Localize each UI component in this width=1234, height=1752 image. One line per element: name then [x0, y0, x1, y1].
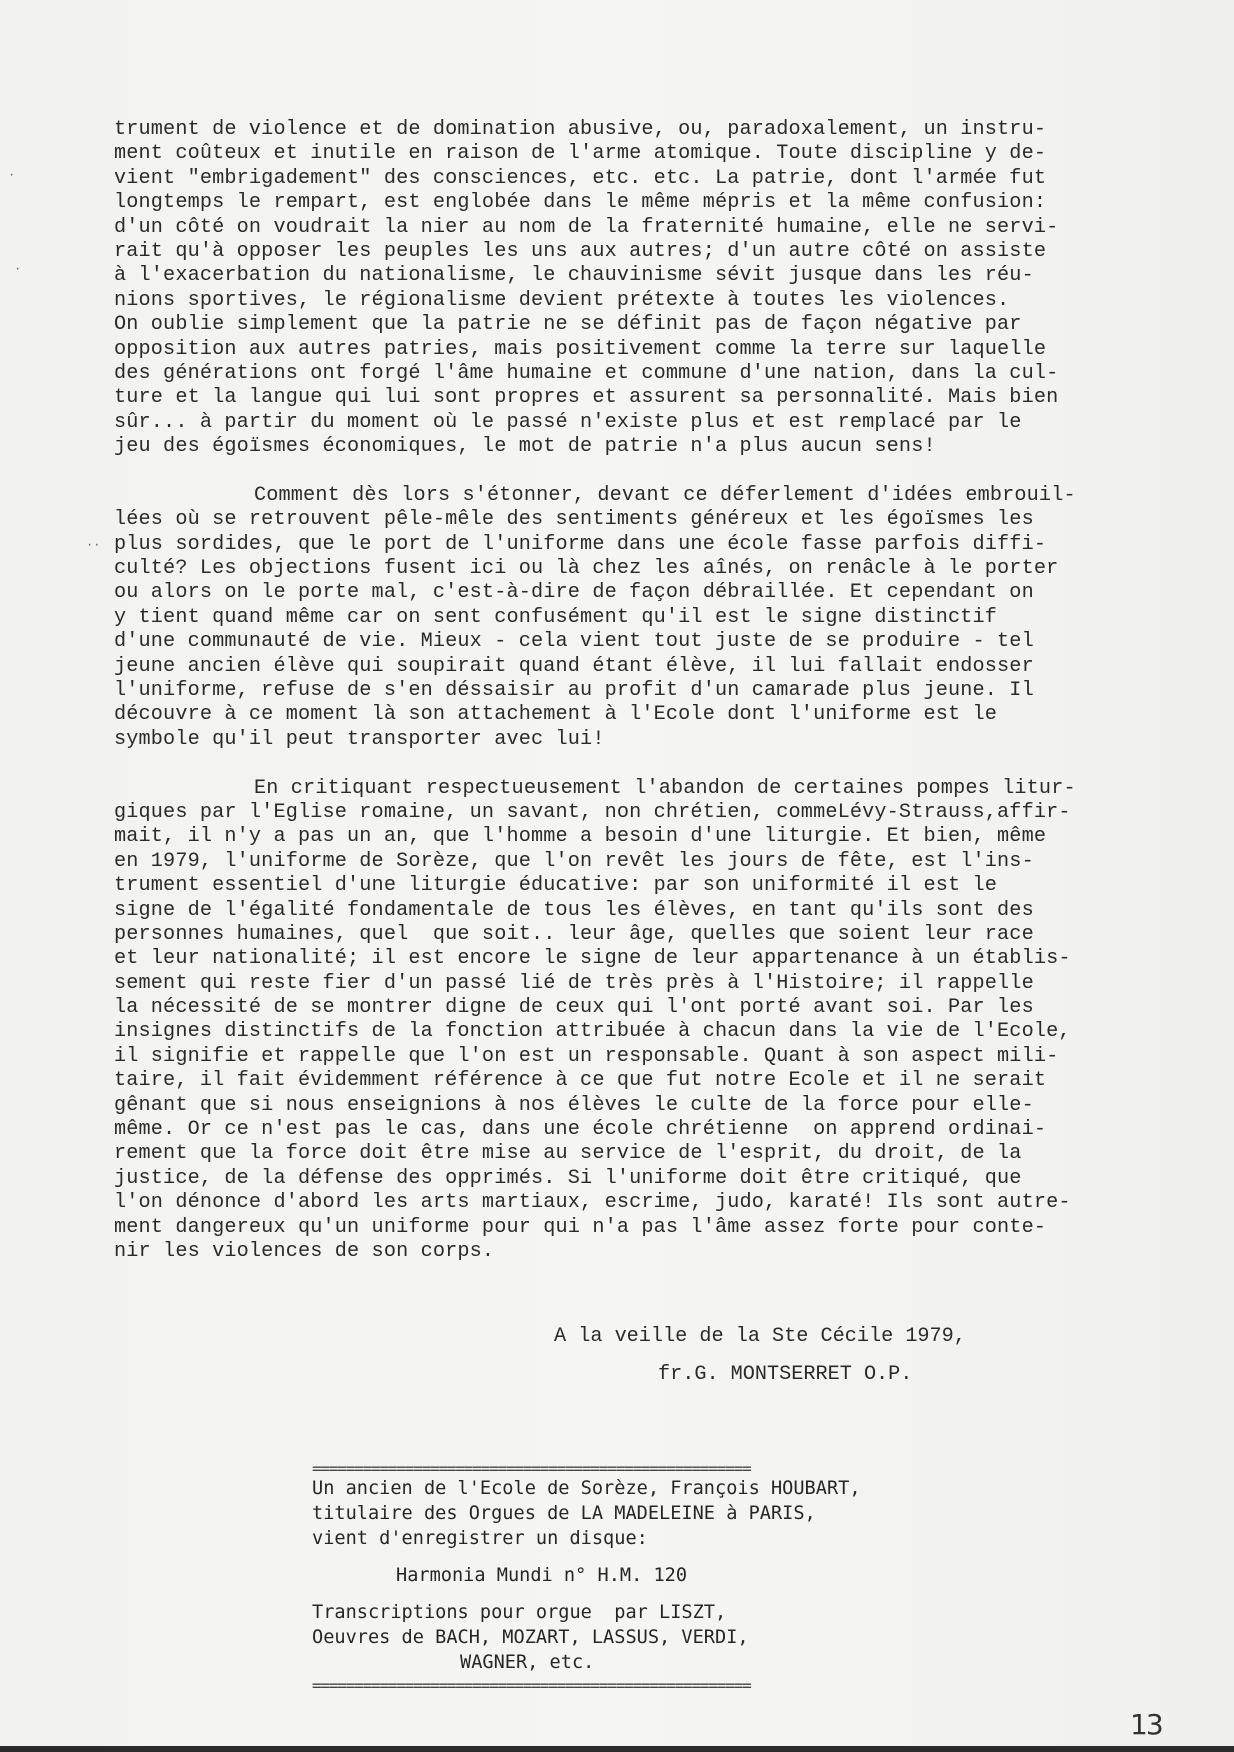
text-line: il signifie et rappelle que l'on est un … — [114, 1045, 1114, 1069]
text-line: mait, il n'y a pas un an, que l'homme a … — [114, 825, 1114, 849]
notice-line: vient d'enregistrer un disque: — [312, 1526, 958, 1551]
text-line: rement que la force doit être mise au se… — [114, 1142, 1114, 1166]
works-line: WAGNER, etc. — [312, 1650, 958, 1675]
text-line: opposition aux autres patries, mais posi… — [114, 338, 1114, 362]
divider-top: ========================================… — [312, 1462, 958, 1476]
dateline: A la veille de la Ste Cécile 1979, — [554, 1318, 966, 1356]
text-line: jeu des égoïsmes économiques, le mot de … — [114, 435, 1114, 459]
text-line: ture et la langue qui lui sont propres e… — [114, 386, 1114, 410]
text-line: sement qui reste fier d'un passé lié de … — [114, 972, 1114, 996]
text-line: l'on dénonce d'abord les arts martiaux, … — [114, 1191, 1114, 1215]
text-line: sûr... à partir du moment où le passé n'… — [114, 411, 1114, 435]
text-line: nir les violences de son corps. — [114, 1240, 1114, 1264]
text-line: longtemps le rempart, est englobée dans … — [114, 191, 1114, 215]
text-line: signe de l'égalité fondamentale de tous … — [114, 899, 1114, 923]
text-line: rait qu'à opposer les peuples les uns au… — [114, 240, 1114, 264]
paragraph-3: En critiquant respectueusement l'abandon… — [114, 777, 1114, 1265]
text-line: personnes humaines, quel que soit.. leur… — [114, 923, 1114, 947]
notice-line: titulaire des Orgues de LA MADELEINE à P… — [312, 1501, 958, 1526]
text-line: lées où se retrouvent pêle-mêle des sent… — [114, 508, 1114, 532]
paragraph-1: trument de violence et de domination abu… — [114, 118, 1114, 459]
text-line: giques par l'Eglise romaine, un savant, … — [114, 801, 1114, 825]
text-line: insignes distinctifs de la fonction attr… — [114, 1020, 1114, 1044]
text-line: jeune ancien élève qui soupirait quand é… — [114, 655, 1114, 679]
works-line: Oeuvres de BACH, MOZART, LASSUS, VERDI, — [312, 1625, 958, 1650]
paragraph-2: Comment dès lors s'étonner, devant ce dé… — [114, 484, 1114, 752]
text-line: même. Or ce n'est pas le cas, dans une é… — [114, 1118, 1114, 1142]
text-line: On oublie simplement que la patrie ne se… — [114, 313, 1114, 337]
text-line: Comment dès lors s'étonner, devant ce dé… — [114, 484, 1114, 508]
document-page: trument de violence et de domination abu… — [0, 0, 1234, 1746]
text-line: trument essentiel d'une liturgie éducati… — [114, 874, 1114, 898]
text-line: trument de violence et de domination abu… — [114, 118, 1114, 142]
text-line: l'uniforme, refuse de s'en déssaisir au … — [114, 679, 1114, 703]
text-line: culté? Les objections fusent ici ou là c… — [114, 557, 1114, 581]
text-line: à l'exacerbation du nationalisme, le cha… — [114, 264, 1114, 288]
text-line: la nécessité de se montrer digne de ceux… — [114, 996, 1114, 1020]
text-line: nions sportives, le régionalisme devient… — [114, 289, 1114, 313]
text-line: découvre à ce moment là son attachement … — [114, 703, 1114, 727]
paragraph-spacer — [114, 459, 1114, 483]
text-line: d'un côté on voudrait la nier au nom de … — [114, 216, 1114, 240]
scan-bottom-edge — [0, 1746, 1234, 1752]
text-line: justice, de la défense des opprimés. Si … — [114, 1167, 1114, 1191]
text-line: des générations ont forgé l'âme humaine … — [114, 362, 1114, 386]
works-line: Transcriptions pour orgue par LISZT, — [312, 1600, 958, 1625]
margin-dot: ·· — [86, 538, 100, 552]
notice-line: Un ancien de l'Ecole de Sorèze, François… — [312, 1476, 958, 1501]
page-number: 13 — [1130, 1708, 1162, 1741]
text-line: symbole qu'il peut transporter avec lui! — [114, 728, 1114, 752]
text-line: plus sordides, que le port de l'uniforme… — [114, 533, 1114, 557]
text-line: taire, il fait évidemment référence à ce… — [114, 1069, 1114, 1093]
article-body: trument de violence et de domination abu… — [114, 118, 1114, 1264]
margin-dot: · — [14, 262, 21, 276]
text-line: et leur nationalité; il est encore le si… — [114, 947, 1114, 971]
paragraph-spacer — [114, 752, 1114, 776]
text-line: en 1979, l'uniforme de Sorèze, que l'on … — [114, 850, 1114, 874]
text-line: gênant que si nous enseignions à nos élè… — [114, 1094, 1114, 1118]
signature-block: A la veille de la Ste Cécile 1979, fr.G.… — [554, 1318, 966, 1394]
text-line: ou alors on le porte mal, c'est-à-dire d… — [114, 581, 1114, 605]
text-line: ment coûteux et inutile en raison de l'a… — [114, 142, 1114, 166]
divider-bottom: ========================================… — [312, 1679, 958, 1693]
margin-dot: · — [8, 168, 15, 182]
text-line: d'une communauté de vie. Mieux - cela vi… — [114, 630, 1114, 654]
text-line: ment dangereux qu'un uniforme pour qui n… — [114, 1216, 1114, 1240]
text-line: y tient quand même car on sent confuséme… — [114, 606, 1114, 630]
text-line: En critiquant respectueusement l'abandon… — [114, 777, 1114, 801]
text-line: vient "embrigadement" des consciences, e… — [114, 167, 1114, 191]
record-notice: ========================================… — [312, 1462, 958, 1693]
author-name: fr.G. MONTSERRET O.P. — [554, 1356, 966, 1394]
catalog-number: Harmonia Mundi n° H.M. 120 — [312, 1563, 958, 1588]
